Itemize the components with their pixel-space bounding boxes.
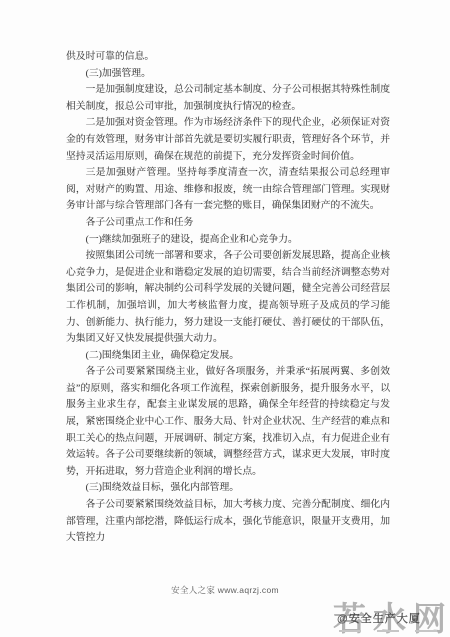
paragraph-benefit-goals: 各子公司要紧紧围绕效益目标，加大考核力度、完善分配制度、细化内部管理，注重内部挖… — [66, 497, 390, 547]
section-heading-subsidiary-tasks: 各子公司重点工作和任务 — [66, 215, 390, 232]
paragraph-continuation: 供及时可靠的信息。 — [66, 49, 390, 66]
section-heading-3-benefit-goals: (三)围绕效益目标，强化内部管理。 — [66, 480, 390, 497]
document-page: 供及时可靠的信息。 (三)加强管理。 一是加强制度建设，总公司制定基本制度、分子… — [0, 0, 450, 637]
section-heading-3-manage: (三)加强管理。 — [66, 66, 390, 83]
paragraph-system-building: 一是加强制度建设，总公司制定基本制度、分子公司根据其特殊性制度相关制度，报总公司… — [66, 82, 390, 115]
footer-site-text: 安全人之家 www.aqrzj.com — [171, 585, 279, 595]
paragraph-main-business: 各子公司要紧紧围绕主业，做好各项服务，并秉承“拓展两翼、多创效益”的原则，落实和… — [66, 364, 390, 480]
paragraph-property-management: 三是加强财产管理。坚持每季度清查一次，清查结果报公司总经理审阅，对财产的购置、用… — [66, 165, 390, 215]
paragraph-team-building: 按照集团公司统一部署和要求，各子公司要创新发展思路，提高企业核心竞争力，是促进企… — [66, 248, 390, 348]
paragraph-fund-management: 二是加强对资金管理。作为市场经济条件下的现代企业，必须保证对资金的有效管理，财务… — [66, 115, 390, 165]
watermark-overlay-text: @安全生产大厦 — [337, 610, 421, 626]
watermark: 若水网 @安全生产大厦 — [333, 593, 450, 637]
section-heading-2-main-business: (二)围绕集团主业，确保稳定发展。 — [66, 348, 390, 365]
watermark-underline-marks — [339, 630, 437, 632]
document-body: 供及时可靠的信息。 (三)加强管理。 一是加强制度建设，总公司制定基本制度、分子… — [66, 49, 390, 547]
section-heading-1-team-building: (一)继续加强班子的建设，提高企业和心竞争力。 — [66, 232, 390, 249]
